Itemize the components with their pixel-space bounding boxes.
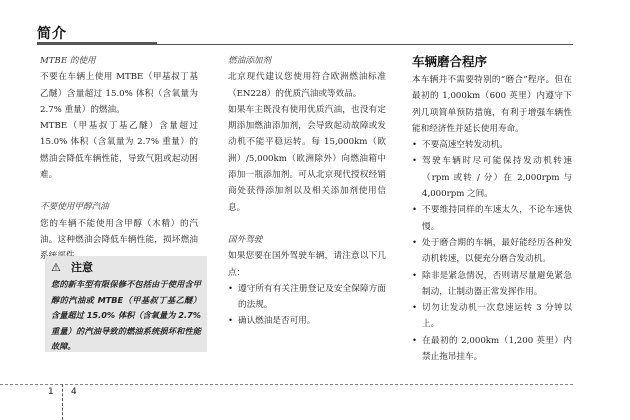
additive-subheading: 燃油添加剂 [228, 53, 386, 69]
column-left: MTBE 的使用 不要在车辆上使用 MTBE（甲基叔丁基乙醚）含量超过 15.0… [40, 53, 198, 265]
methanol-subheading: 不要使用甲醇汽油 [40, 199, 198, 215]
page-number: 4 [71, 387, 77, 397]
abroad-subheading: 国外驾驶 [228, 232, 386, 248]
list-item: 在最初的 2,000km（1,200 英里）内禁止拖吊挂车。 [412, 333, 572, 366]
caution-box: ⚠注意 您的新车型有限保修不包括由于使用含甲醇的汽油或 MTBE（甲基叔丁基乙醚… [45, 256, 207, 352]
footer-page-separator [62, 384, 63, 420]
abroad-bullet-list: 遵守所有有关注册登记及安全保障方面的法规。 确认燃油是否可用。 [228, 281, 386, 330]
column-right: 车辆磨合程序 本车辆并不需要特别的“磨合”程序。但在最初的 1,000km（60… [412, 53, 572, 365]
chapter-number: 1 [48, 387, 54, 397]
list-item: 驾驶车辆时尽可能保持发动机转速（rpm 或转 / 分）在 2,000rpm 与 … [412, 153, 572, 202]
list-item: 遵守所有有关注册登记及安全保障方面的法规。 [228, 281, 386, 314]
footer-divider [0, 384, 573, 385]
caution-title: 注意 [71, 261, 93, 274]
list-item: 确认燃油是否可用。 [228, 313, 386, 329]
break-in-title: 车辆磨合程序 [412, 53, 572, 71]
warning-triangle-icon: ⚠ [51, 259, 71, 277]
caution-header: ⚠注意 [51, 259, 201, 277]
list-item: 除非是紧急情况，否则请尽量避免紧急制动，让制动器正常发挥作用。 [412, 268, 572, 301]
mtbe-subheading: MTBE 的使用 [40, 53, 198, 69]
list-item: 不要高速空转发动机。 [412, 137, 572, 153]
page-title: 简介 [37, 23, 67, 43]
break-in-paragraph: 本车辆并不需要特别的“磨合”程序。但在最初的 1,000km（600 英里）内遵… [412, 72, 572, 137]
break-in-bullet-list: 不要高速空转发动机。 驾驶车辆时尽可能保持发动机转速（rpm 或转 / 分）在 … [412, 137, 572, 365]
caution-body: 您的新车型有限保修不包括由于使用含甲醇的汽油或 MTBE（甲基叔丁基乙醚）含量超… [51, 277, 201, 355]
title-underline [37, 44, 573, 45]
mtbe-paragraph-1: 不要在车辆上使用 MTBE（甲基叔丁基乙醚）含量超过 15.0% 体积（含氧量为… [40, 69, 198, 118]
additive-paragraph-2: 如果车主既没有使用优质汽油，也没有定期添加燃油添加剂，会导致起动故障或发动机不能… [228, 102, 386, 216]
mtbe-paragraph-2: MTBE（甲基叔丁基乙醚）含量超过 15.0% 体积（含氧量为 2.7% 重量）… [40, 118, 198, 183]
list-item: 处于磨合期的车辆，最好能经历各种发动机转速，以便充分磨合发动机。 [412, 235, 572, 268]
list-item: 不要维持同样的车速太久，不论车速快慢。 [412, 202, 572, 235]
list-item: 切勿让发动机一次怠速运转 3 分钟以上。 [412, 300, 572, 333]
abroad-paragraph: 如果您要在国外驾驶车辆，请注意以下几点： [228, 248, 386, 281]
additive-paragraph-1: 北京现代建议您使用符合欧洲燃油标准（EN228）的优质汽油或等效品。 [228, 69, 386, 102]
column-middle: 燃油添加剂 北京现代建议您使用符合欧洲燃油标准（EN228）的优质汽油或等效品。… [228, 53, 386, 330]
